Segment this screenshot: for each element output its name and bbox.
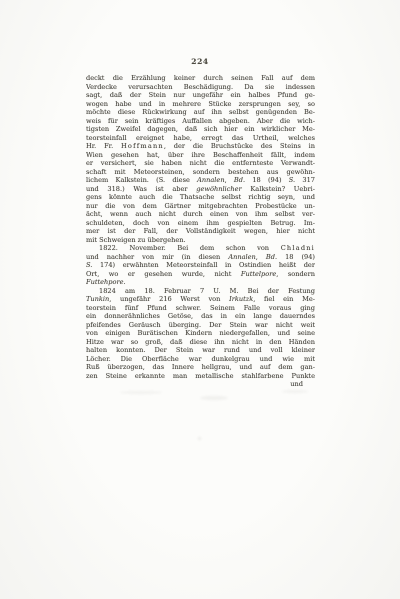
text-segment: lichem Kalkstein. (S. diese — [86, 176, 197, 184]
text-segment: 18 (94) — [245, 176, 289, 184]
text-segment: teorstein fünf Pfund schwer. Seinem Fall… — [86, 304, 315, 312]
text-segment: halten konnten. Der Stein war rund und v… — [86, 346, 315, 354]
text-segment: ächt, wenn auch nicht durch einen von ih… — [86, 210, 315, 218]
text-segment: Hr. Fr. — [86, 142, 121, 150]
text-segment: ein donnerähnliches Getöse, das in ein l… — [86, 312, 315, 320]
text-line: S. 174) erwähnten Meteorsteinfall in Ost… — [86, 261, 315, 270]
text-segment: tigsten Zweifel dagegen, daß sich hier e… — [86, 125, 315, 133]
text-segment: 317 — [295, 176, 315, 184]
text-segment: , sondern — [276, 270, 315, 278]
text-segment: 1824 am 18. Februar 7 U. M. Bei der Fest… — [99, 287, 315, 295]
spaced-name-text: Chladni — [281, 244, 315, 252]
text-line: ein donnerähnliches Getöse, das in ein l… — [86, 312, 315, 321]
text-line: tigsten Zweifel dagegen, daß sich hier e… — [86, 125, 315, 134]
text-segment: 18 (94) — [277, 253, 315, 261]
text-segment: 174) erwähnten Meteorsteinfall in Ostind… — [92, 261, 315, 269]
text-line: schaft mit Meteorsteinen, sondern besteh… — [86, 168, 315, 177]
text-line: teorsteinfall ereignet habe, erregt das … — [86, 134, 315, 143]
italic-text: Futtelpore — [241, 270, 276, 278]
italic-text: gewöhnlicher — [196, 185, 241, 193]
text-line: Hitze war so groß, daß diese ihn nicht i… — [86, 338, 315, 347]
text-segment: mer ist der Fall, der Vollständigkeit we… — [86, 227, 315, 235]
catchword: und — [290, 380, 303, 388]
text-line: gens könnte auch die Thatsache selbst ri… — [86, 193, 315, 202]
text-line: wogen habe und in mehrere Stücke zerspru… — [86, 100, 315, 109]
text-segment: weis für sein kräftiges Auffallen abgebe… — [86, 117, 315, 125]
scan-speck — [120, 391, 162, 394]
text-line: 1822. November. Bei dem schon von Chladn… — [86, 244, 315, 253]
text-segment: , der die Bruchstücke des Steins in — [164, 142, 315, 150]
text-segment: gens könnte auch die Thatsache selbst ri… — [86, 193, 315, 201]
text-line: Verdecke verursachten Beschädigung. Da s… — [86, 83, 315, 92]
text-line: zen Steine erkannte man metallische stah… — [86, 372, 315, 381]
text-segment: wogen habe und in mehrere Stücke zerspru… — [86, 100, 315, 108]
spaced-name-text: Hoffmann — [121, 142, 164, 150]
text-segment: , ungefähr 216 Werst von — [109, 295, 229, 303]
italic-text: Futtehpore. — [86, 278, 126, 286]
text-line: Wien gesehen hat, über ihre Beschaffenhe… — [86, 151, 315, 160]
italic-text: Bd. — [266, 253, 277, 261]
text-segment: deckt die Erzählung keiner durch seinen … — [86, 74, 315, 82]
text-line: 1824 am 18. Februar 7 U. M. Bei der Fest… — [86, 287, 315, 296]
scan-speck — [198, 437, 201, 440]
italic-text: Irkutzk — [229, 295, 253, 303]
italic-text: Annalen — [197, 176, 224, 184]
text-segment: Kalkstein? Uebri- — [242, 185, 315, 193]
text-line: schuldeten, doch von einem ihm gespielte… — [86, 219, 315, 228]
text-segment: 1822. November. Bei dem schon von — [99, 244, 281, 252]
italic-text: Tunkin — [86, 295, 109, 303]
scan-speck — [282, 390, 308, 393]
text-segment: er versichert, sie haben nicht die entfe… — [86, 159, 315, 167]
italic-text: Bd. — [234, 176, 245, 184]
text-segment: Verdecke verursachten Beschädigung. Da s… — [86, 83, 315, 91]
text-line: mit Schweigen zu übergehen. — [86, 236, 315, 245]
page-number: 224 — [0, 57, 400, 66]
italic-text: Annalen — [228, 253, 255, 261]
text-segment: Wien gesehen hat, über ihre Beschaffenhe… — [86, 151, 315, 159]
text-segment: Löcher. Die Oberfläche war dunkelgrau un… — [86, 355, 315, 363]
text-segment: schaft mit Meteorsteinen, sondern besteh… — [86, 168, 315, 176]
text-segment: sagt, daß der Stein nur ungefähr ein hal… — [86, 91, 315, 99]
text-line: pfeifendes Geräusch überging. Der Stein … — [86, 321, 315, 330]
scan-speck — [200, 396, 228, 400]
text-segment: mit Schweigen zu übergehen. — [86, 236, 186, 244]
text-segment: , — [225, 176, 234, 184]
text-block: deckt die Erzählung keiner durch seinen … — [86, 74, 315, 389]
text-segment: Ruß überzogen, das Innere hellgrau, und … — [86, 363, 315, 371]
text-line: möchte diese Rückwirkung auf ihn selbst … — [86, 108, 315, 117]
text-line: er versichert, sie haben nicht die entfe… — [86, 159, 315, 168]
text-segment: , — [256, 253, 266, 261]
text-line: von einigen Burätischen Kindern niederge… — [86, 329, 315, 338]
text-line: Ruß überzogen, das Innere hellgrau, und … — [86, 363, 315, 372]
text-line: nur die von dem Gärtner mitgebrachten Pr… — [86, 202, 315, 211]
text-segment: , fiel ein Me- — [253, 295, 315, 303]
text-segment: von einigen Burätischen Kindern niederge… — [86, 329, 315, 337]
text-segment: pfeifendes Geräusch überging. Der Stein … — [86, 321, 315, 329]
text-line: Tunkin, ungefähr 216 Werst von Irkutzk, … — [86, 295, 315, 304]
text-line: Futtehpore. — [86, 278, 315, 287]
text-line: und 318.) Was ist aber gewöhnlicher Kalk… — [86, 185, 315, 194]
text-line: weis für sein kräftiges Auffallen abgebe… — [86, 117, 315, 126]
text-line: Löcher. Die Oberfläche war dunkelgrau un… — [86, 355, 315, 364]
text-line: ächt, wenn auch nicht durch einen von ih… — [86, 210, 315, 219]
text-segment: möchte diese Rückwirkung auf ihn selbst … — [86, 108, 315, 116]
text-segment: Hitze war so groß, daß diese ihn nicht i… — [86, 338, 315, 346]
text-line: halten konnten. Der Stein war rund und v… — [86, 346, 315, 355]
scanned-book-page: 224 deckt die Erzählung keiner durch sei… — [0, 0, 400, 599]
text-line: Hr. Fr. Hoffmann, der die Bruchstücke de… — [86, 142, 315, 151]
text-line: deckt die Erzählung keiner durch seinen … — [86, 74, 315, 83]
text-line: teorstein fünf Pfund schwer. Seinem Fall… — [86, 304, 315, 313]
text-segment: zen Steine erkannte man metallische stah… — [86, 372, 315, 380]
text-segment: schuldeten, doch von einem ihm gespielte… — [86, 219, 315, 227]
text-segment: und nachher von mir (in diesen — [86, 253, 228, 261]
text-line: mer ist der Fall, der Vollständigkeit we… — [86, 227, 315, 236]
catchword-row: und — [86, 380, 315, 389]
text-line: sagt, daß der Stein nur ungefähr ein hal… — [86, 91, 315, 100]
text-line: Ort, wo er gesehen wurde, nicht Futtelpo… — [86, 270, 315, 279]
text-segment: und 318.) Was ist aber — [86, 185, 196, 193]
text-line: und nachher von mir (in diesen Annalen, … — [86, 253, 315, 262]
text-line: lichem Kalkstein. (S. diese Annalen, Bd.… — [86, 176, 315, 185]
text-segment: Ort, wo er gesehen wurde, nicht — [86, 270, 241, 278]
text-segment: nur die von dem Gärtner mitgebrachten Pr… — [86, 202, 315, 210]
text-segment: teorsteinfall ereignet habe, erregt das … — [86, 134, 315, 142]
